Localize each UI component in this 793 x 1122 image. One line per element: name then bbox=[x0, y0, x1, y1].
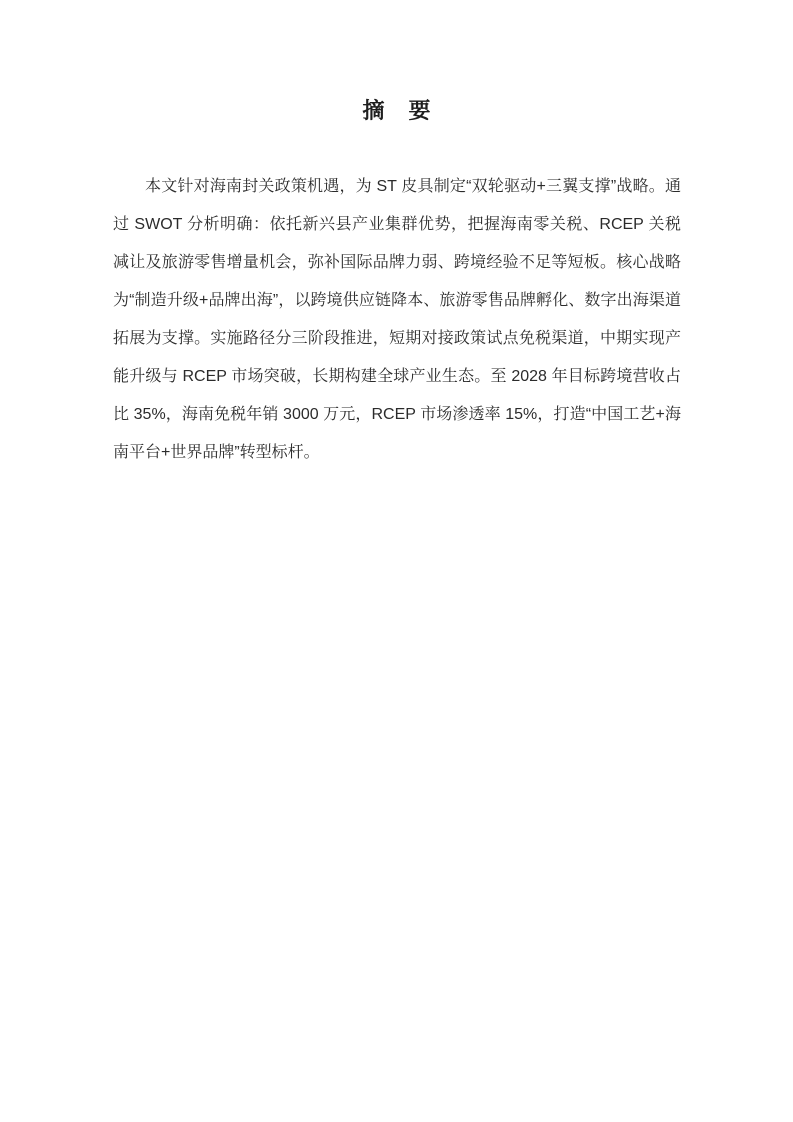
page-content: 摘 要 本文针对海南封关政策机遇，为 ST 皮具制定“双轮驱动+三翼支撑”战略。… bbox=[113, 0, 681, 472]
abstract-paragraph: 本文针对海南封关政策机遇，为 ST 皮具制定“双轮驱动+三翼支撑”战略。通过 S… bbox=[113, 168, 681, 472]
document-page: 摘 要 本文针对海南封关政策机遇，为 ST 皮具制定“双轮驱动+三翼支撑”战略。… bbox=[0, 0, 793, 1122]
abstract-title: 摘 要 bbox=[113, 0, 681, 125]
